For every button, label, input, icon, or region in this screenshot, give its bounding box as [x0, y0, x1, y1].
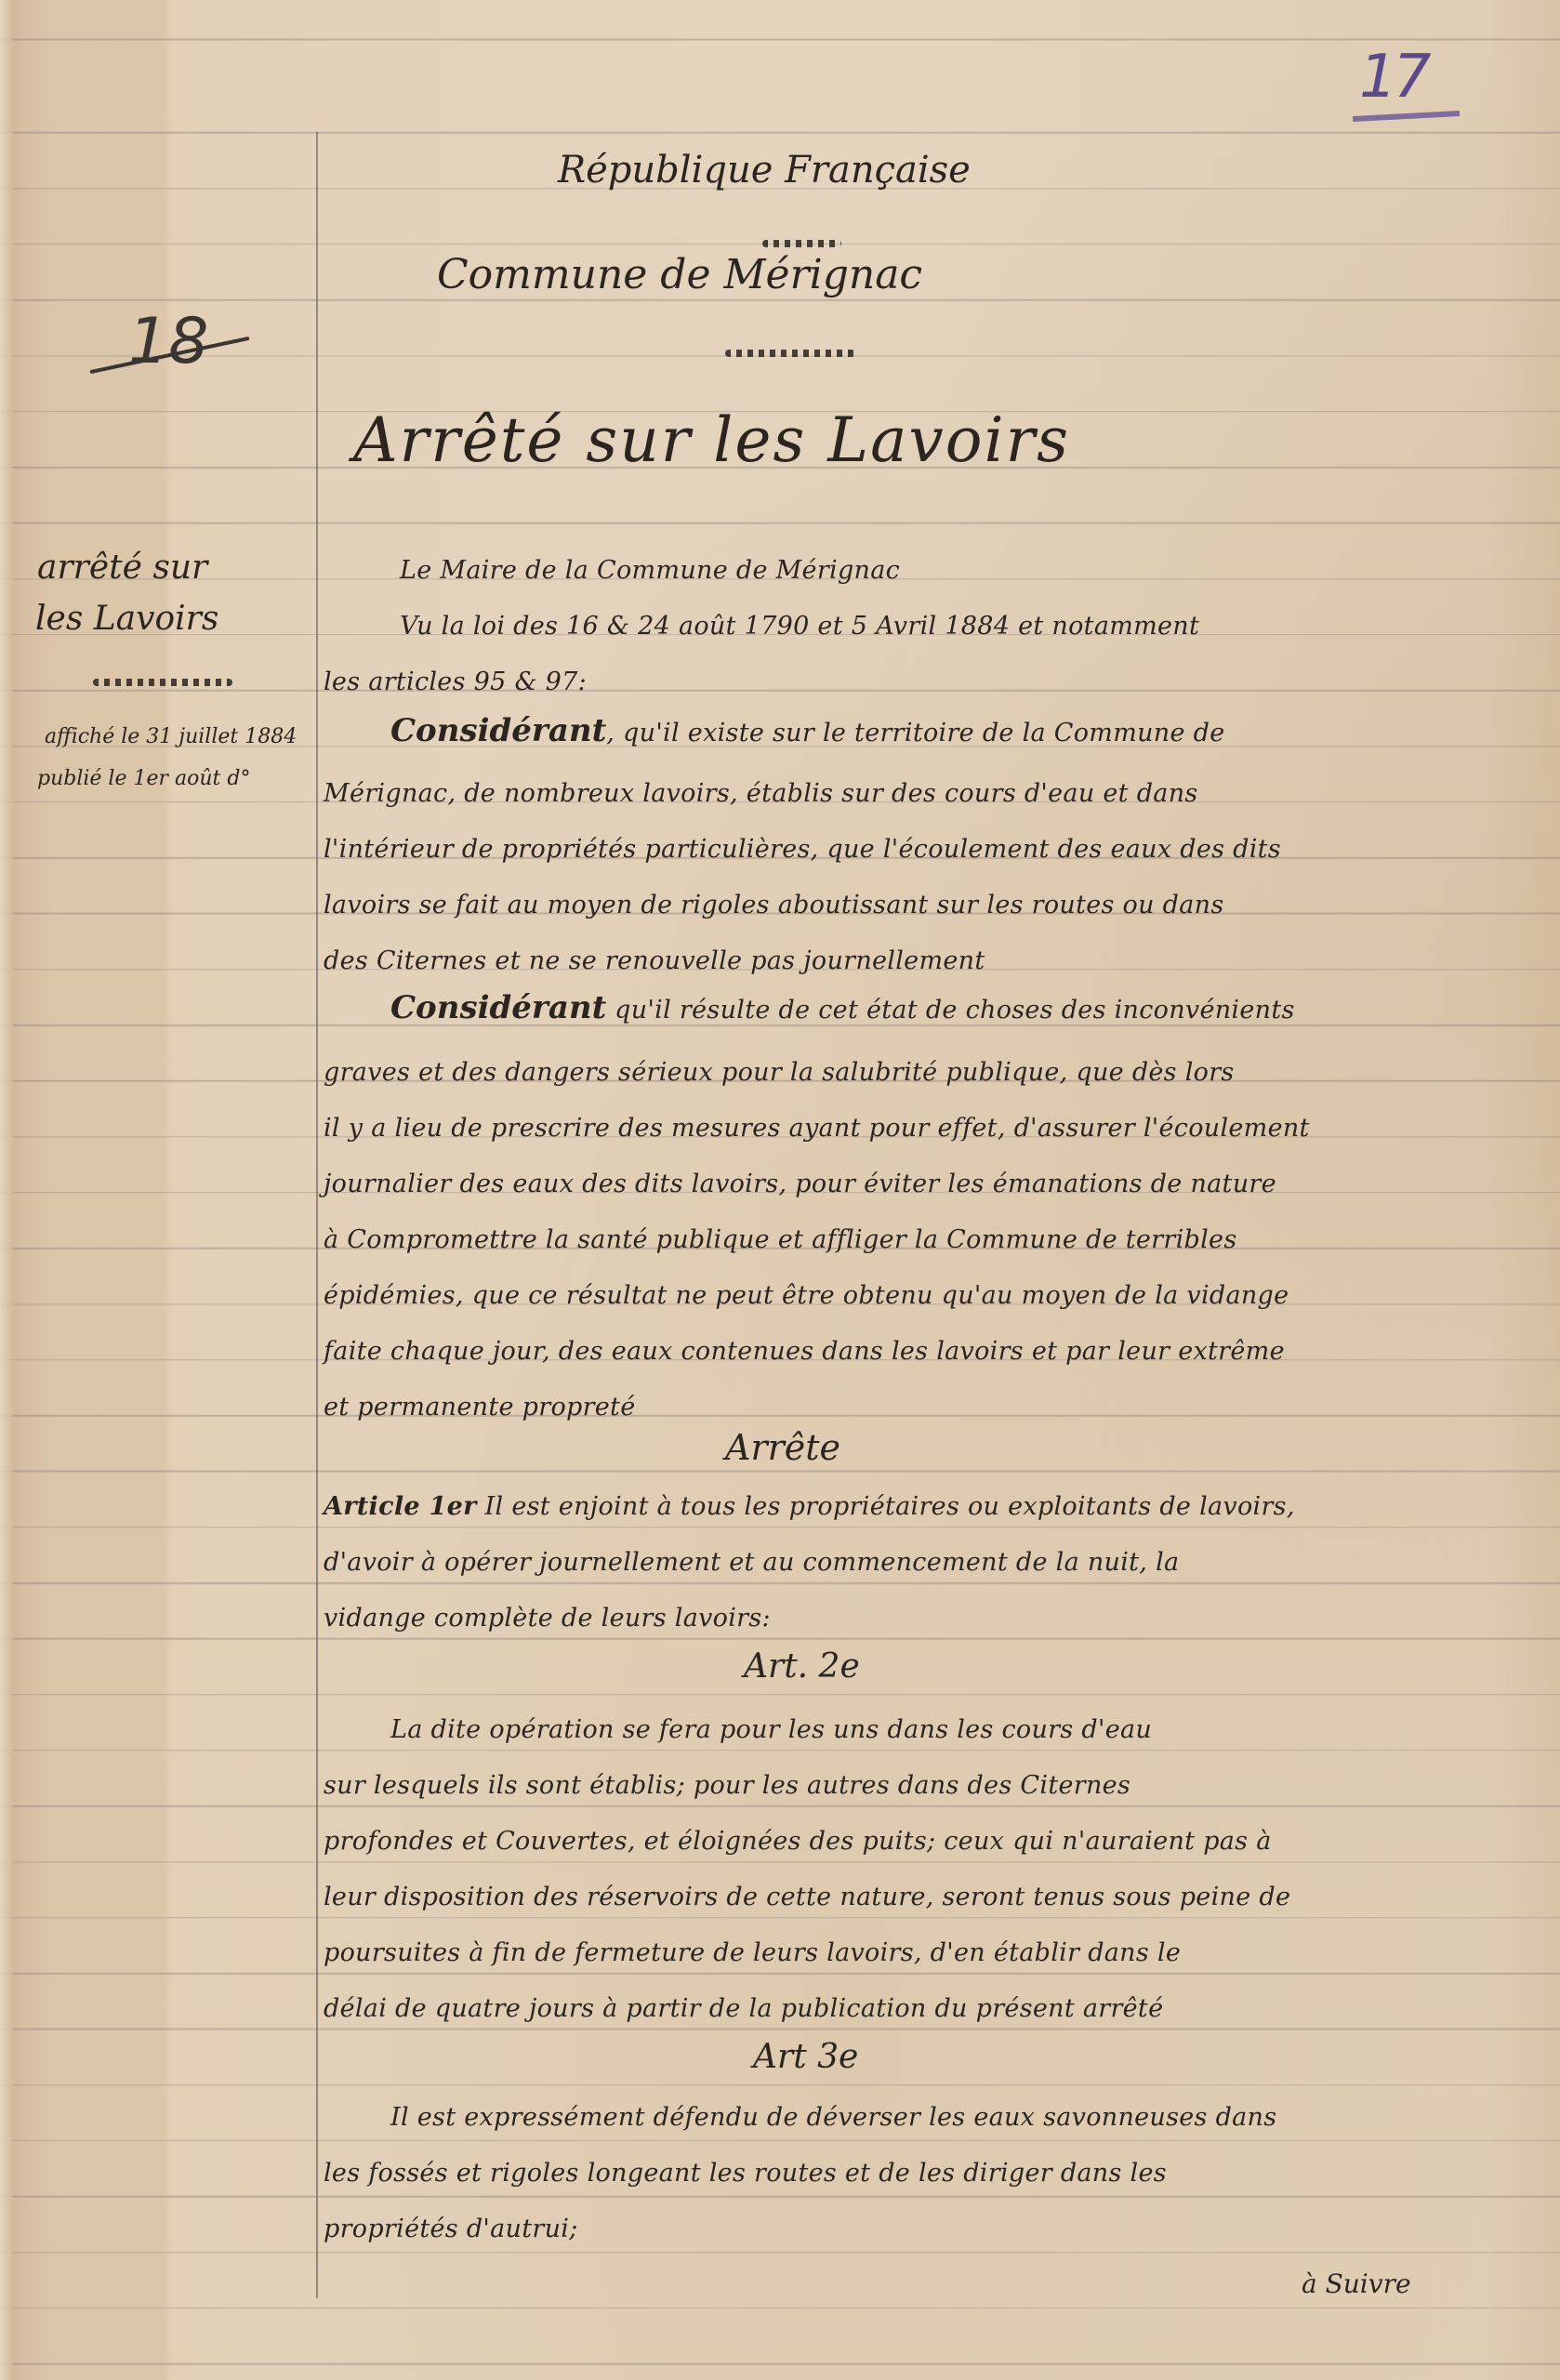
considerant-text: épidémies, que ce résultat ne peut être …: [324, 1281, 1289, 1310]
folio-number: 17: [1359, 43, 1427, 112]
preamble-line: Le Maire de la Commune de Mérignac: [400, 556, 900, 585]
article-2-text: sur lesquels ils sont établis; pour les …: [324, 1771, 1130, 1800]
article-2-text: La dite opération se fera pour les uns d…: [390, 1715, 1152, 1744]
article-1-line: Article 1er Il est enjoint à tous les pr…: [324, 1492, 1295, 1521]
article-2-text: délai de quatre jours à partir de la pub…: [324, 1994, 1163, 2023]
article-2-text: poursuites à fin de fermeture de leurs l…: [324, 1938, 1181, 1967]
continuation-note: à Suivre: [1302, 2268, 1411, 2299]
considerant-text: graves et des dangers sérieux pour la sa…: [324, 1058, 1235, 1087]
considerant-text: , qu'il existe sur le territoire de la C…: [606, 719, 1224, 747]
margin-note-title: arrêté sur: [37, 549, 207, 587]
margin-note-posted: affiché le 31 juillet 1884: [45, 725, 297, 748]
entry-number: 18: [128, 305, 209, 378]
article-3-text: propriétés d'autrui;: [324, 2215, 578, 2243]
considerant-text: journalier des eaux des dits lavoirs, po…: [324, 1170, 1276, 1198]
margin-rule: [316, 132, 318, 2298]
flourish-divider: [725, 350, 855, 357]
considerant-text: à Compromettre la santé publique et affl…: [324, 1225, 1237, 1254]
article-2-text: profondes et Couvertes, et éloignées des…: [324, 1827, 1272, 1856]
preamble-line: Vu la loi des 16 & 24 août 1790 et 5 Avr…: [400, 612, 1199, 641]
article-1-label: Article 1er: [324, 1492, 477, 1521]
article-3-text: Il est expressément défendu de déverser …: [390, 2103, 1276, 2132]
document-page: 17 18 République Française Commune de Mé…: [0, 0, 1560, 2380]
considerant-lead: Considérant: [390, 989, 606, 1026]
considerant-paragraph-line: Considérant qu'il résulte de cet état de…: [390, 989, 1295, 1026]
header-commune: Commune de Mérignac: [437, 251, 922, 298]
considerant-lead: Considérant: [390, 712, 606, 749]
considerant-text: faite chaque jour, des eaux contenues da…: [324, 1337, 1285, 1366]
page-title: Arrêté sur les Lavoirs: [353, 404, 1070, 476]
article-2-text: leur disposition des réservoirs de cette…: [324, 1883, 1290, 1911]
considerant-text: qu'il résulte de cet état de choses des …: [606, 996, 1294, 1025]
margin-note-published: publié le 1er août d°: [37, 767, 250, 790]
decree-heading: Arrête: [725, 1427, 840, 1468]
header-republic: République Française: [558, 149, 971, 192]
preamble-line: les articles 95 & 97:: [324, 668, 587, 696]
flourish-divider: [762, 240, 841, 247]
considerant-text: l'intérieur de propriétés particulières,…: [324, 835, 1281, 864]
flourish-divider: [93, 679, 232, 686]
margin-note-title: les Lavoirs: [35, 600, 218, 638]
binding-edge: [0, 0, 13, 2380]
considerant-text: il y a lieu de prescrire des mesures aya…: [324, 1114, 1310, 1143]
considerant-paragraph-line: Considérant, qu'il existe sur le territo…: [390, 712, 1225, 749]
considerant-text: Mérignac, de nombreux lavoirs, établis s…: [324, 779, 1198, 808]
article-1-text: vidange complète de leurs lavoirs:: [324, 1604, 771, 1633]
article-1-text: d'avoir à opérer journellement et au com…: [324, 1548, 1179, 1577]
considerant-text: et permanente propreté: [324, 1393, 636, 1421]
article-1-text: Il est enjoint à tous les propriétaires …: [477, 1492, 1295, 1521]
considerant-text: des Citernes et ne se renouvelle pas jou…: [324, 946, 985, 975]
article-3-heading: Art 3e: [753, 2038, 858, 2076]
article-2-heading: Art. 2e: [744, 1647, 860, 1686]
considerant-text: lavoirs se fait au moyen de rigoles abou…: [324, 891, 1224, 919]
article-3-text: les fossés et rigoles longeant les route…: [324, 2159, 1167, 2188]
